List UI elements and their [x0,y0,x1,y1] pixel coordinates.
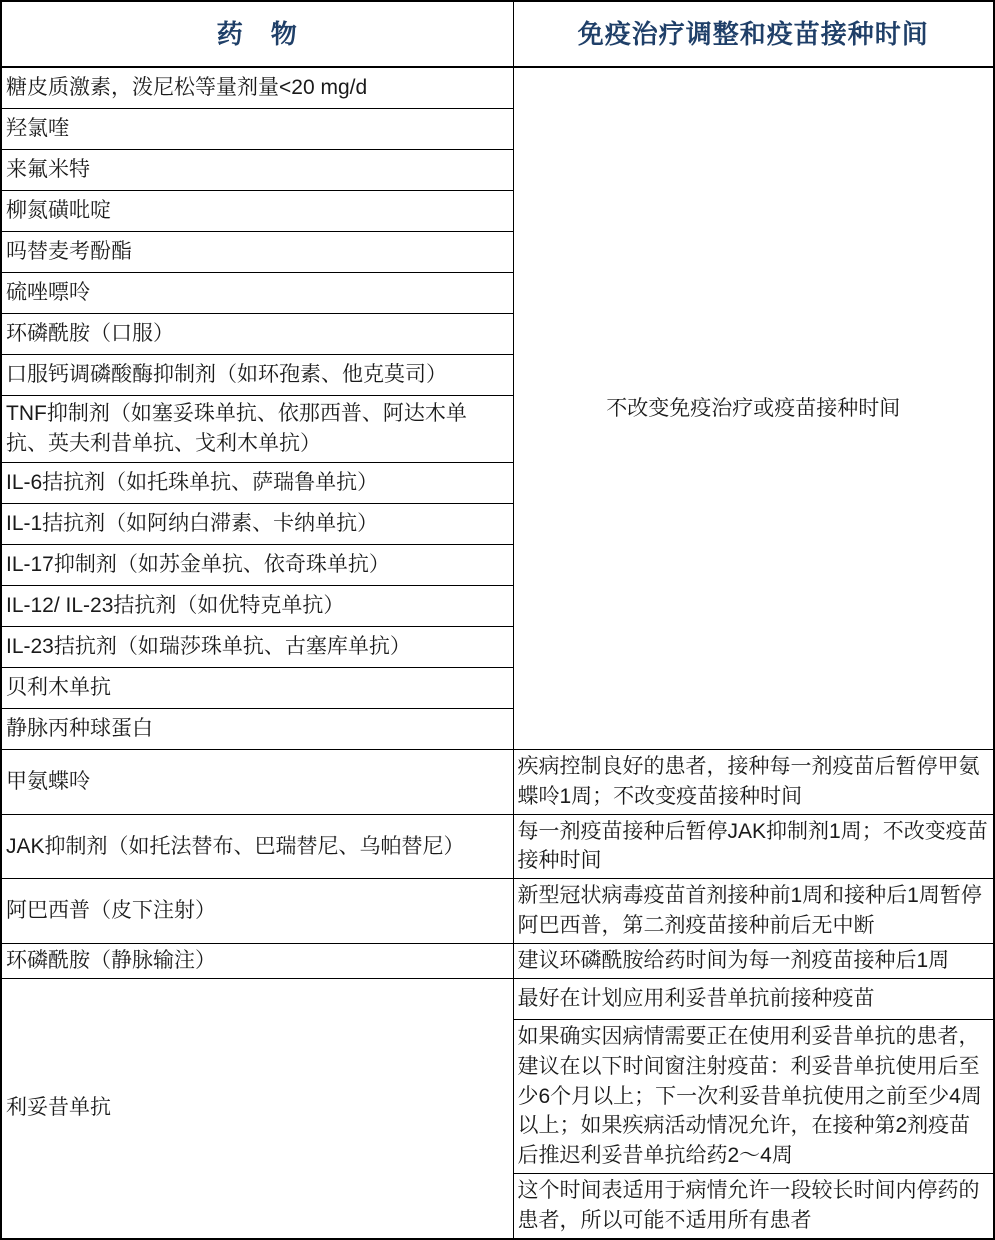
drug-cell: 羟氯喹 [1,109,513,150]
drug-cell: IL-6拮抗剂（如托珠单抗、萨瑞鲁单抗） [1,463,513,504]
table-row: 糖皮质激素，泼尼松等量剂量<20 mg/d 不改变免疫治疗或疫苗接种时间 [1,67,994,109]
drug-cell: JAK抑制剂（如托法替布、巴瑞替尼、乌帕替尼） [1,814,513,879]
drug-cell: 环磷酰胺（静脉输注） [1,943,513,978]
note-cell: 每一剂疫苗接种后暂停JAK抑制剂1周；不改变疫苗接种时间 [513,814,994,879]
drug-cell: 口服钙调磷酸酶抑制剂（如环孢素、他克莫司） [1,355,513,396]
drug-cell: 来氟米特 [1,150,513,191]
document-page: 药 物 免疫治疗调整和疫苗接种时间 糖皮质激素，泼尼松等量剂量<20 mg/d … [0,0,995,1240]
note-cell: 疾病控制良好的患者，接种每一剂疫苗后暂停甲氨蝶呤1周；不改变疫苗接种时间 [513,750,994,815]
drug-cell: 环磷酰胺（口服） [1,314,513,355]
drug-cell: 甲氨蝶呤 [1,750,513,815]
table-row: 环磷酰胺（静脉输注） 建议环磷酰胺给药时间为每一剂疫苗接种后1周 [1,943,994,978]
note-cell: 最好在计划应用利妥昔单抗前接种疫苗 [513,978,994,1019]
drug-cell: 硫唑嘌呤 [1,273,513,314]
note-cell: 建议环磷酰胺给药时间为每一剂疫苗接种后1周 [513,943,994,978]
note-cell: 新型冠状病毒疫苗首剂接种前1周和接种后1周暂停阿巴西普，第二剂疫苗接种前后无中断 [513,879,994,944]
drug-cell: 吗替麦考酚酯 [1,232,513,273]
drug-cell: 贝利木单抗 [1,668,513,709]
drug-cell: 利妥昔单抗 [1,978,513,1238]
drug-cell: IL-1拮抗剂（如阿纳白滞素、卡纳单抗） [1,504,513,545]
table-row: 利妥昔单抗 最好在计划应用利妥昔单抗前接种疫苗 [1,978,994,1019]
drug-cell: 柳氮磺吡啶 [1,191,513,232]
table-row: JAK抑制剂（如托法替布、巴瑞替尼、乌帕替尼） 每一剂疫苗接种后暂停JAK抑制剂… [1,814,994,879]
table-header-row: 药 物 免疫治疗调整和疫苗接种时间 [1,1,994,67]
drug-cell: IL-12/ IL-23拮抗剂（如优特克单抗） [1,586,513,627]
drug-cell: 糖皮质激素，泼尼松等量剂量<20 mg/d [1,67,513,109]
drug-cell: IL-17抑制剂（如苏金单抗、依奇珠单抗） [1,545,513,586]
note-column-header: 免疫治疗调整和疫苗接种时间 [513,1,994,67]
merged-note-cell: 不改变免疫治疗或疫苗接种时间 [513,67,994,750]
table-row: 甲氨蝶呤 疾病控制良好的患者，接种每一剂疫苗后暂停甲氨蝶呤1周；不改变疫苗接种时… [1,750,994,815]
drug-cell: IL-23拮抗剂（如瑞莎珠单抗、古塞库单抗） [1,627,513,668]
note-cell: 如果确实因病情需要正在使用利妥昔单抗的患者，建议在以下时间窗注射疫苗：利妥昔单抗… [513,1019,994,1173]
note-cell: 这个时间表适用于病情允许一段较长时间内停药的患者，所以可能不适用所有患者 [513,1173,994,1238]
drug-cell: 阿巴西普（皮下注射） [1,879,513,944]
drug-cell: 静脉丙种球蛋白 [1,709,513,750]
drug-vaccine-table: 药 物 免疫治疗调整和疫苗接种时间 糖皮质激素，泼尼松等量剂量<20 mg/d … [0,0,995,1240]
table-row: 阿巴西普（皮下注射） 新型冠状病毒疫苗首剂接种前1周和接种后1周暂停阿巴西普，第… [1,879,994,944]
drug-column-header: 药 物 [1,1,513,67]
drug-cell: TNF抑制剂（如塞妥珠单抗、依那西普、阿达木单抗、英夫利昔单抗、戈利木单抗） [1,396,513,463]
